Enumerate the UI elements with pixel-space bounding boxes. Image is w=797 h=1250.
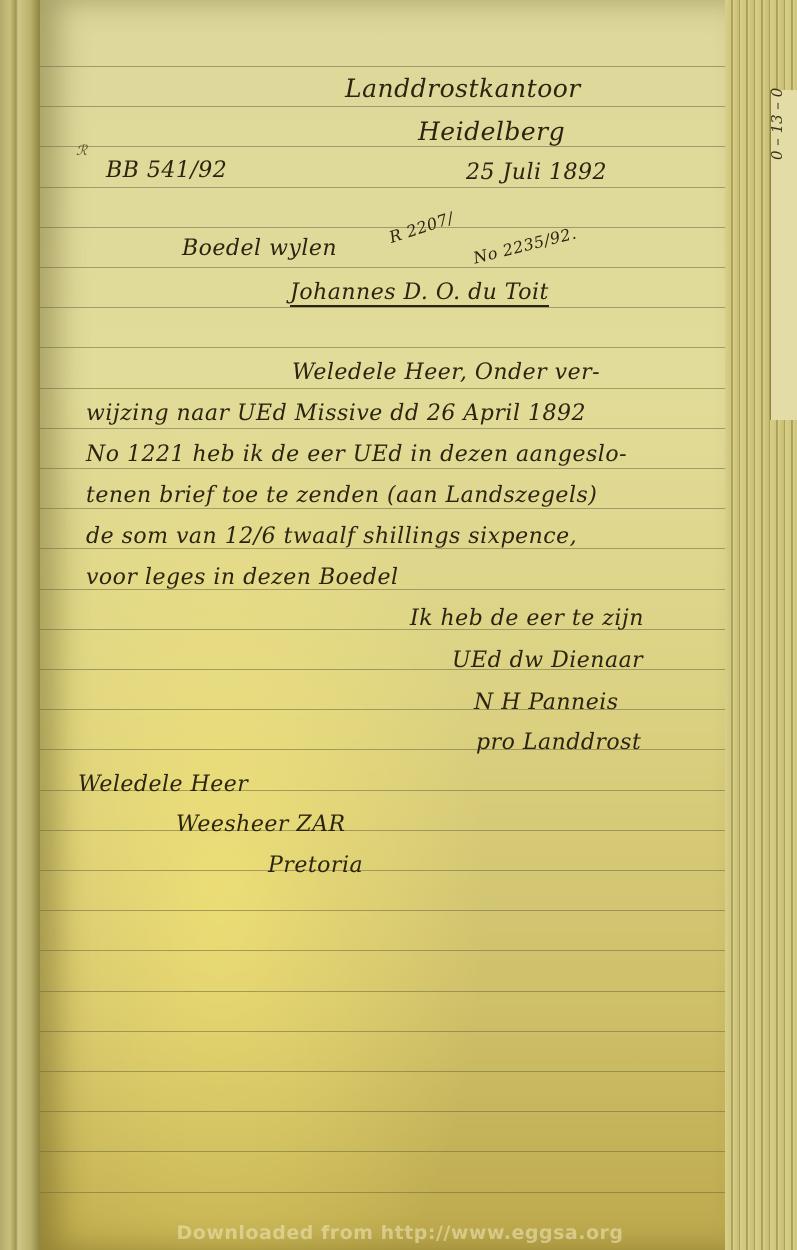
closing-line: Ik heb de eer te zijn	[410, 606, 644, 631]
ruled-line	[40, 1151, 728, 1152]
ruled-line	[40, 428, 728, 429]
closing-servant: UEd dw Dienaar	[452, 648, 643, 673]
subject-prefix: Boedel wylen	[182, 236, 337, 261]
ruled-line	[40, 508, 728, 509]
ruled-line	[40, 267, 728, 268]
ruled-line	[40, 146, 728, 147]
ruled-line	[40, 991, 728, 992]
ruled-line	[40, 66, 728, 67]
edge-note: 0 – 13 – 0	[768, 88, 786, 160]
ruled-line	[40, 870, 728, 871]
ruled-line	[40, 1192, 728, 1193]
ruled-line	[40, 388, 728, 389]
addressee-salutation: Weledele Heer	[78, 772, 248, 797]
ruled-line	[40, 830, 728, 831]
body-line: voor leges in dezen Boedel	[86, 565, 399, 590]
ruled-line	[40, 307, 728, 308]
ruled-line	[40, 187, 728, 188]
ruled-line	[40, 910, 728, 911]
margin-mark: ℛ	[76, 143, 87, 159]
ruled-line	[40, 1111, 728, 1112]
body-salutation: Weledele Heer, Onder ver-	[292, 360, 600, 385]
body-line: wijzing naar UEd Missive dd 26 April 189…	[86, 401, 586, 426]
ruled-line	[40, 1031, 728, 1032]
file-reference: BB 541/92	[106, 158, 227, 183]
ruled-line	[40, 950, 728, 951]
ruled-line	[40, 347, 728, 348]
signature: N H Panneis	[474, 690, 619, 715]
place-heading: Heidelberg	[418, 117, 565, 146]
body-line: No 1221 heb ik de eer UEd in dezen aange…	[86, 442, 627, 467]
office-heading: Landdrostkantoor	[345, 74, 581, 103]
body-line: tenen brief toe te zenden (aan Landszege…	[86, 483, 597, 508]
body-line: de som van 12/6 twaalf shillings sixpenc…	[86, 524, 577, 549]
watermark: Downloaded from http://www.eggsa.org	[130, 1222, 670, 1244]
addressee-city: Pretoria	[268, 853, 363, 878]
ruled-line	[40, 106, 728, 107]
signatory-capacity: pro Landdrost	[476, 730, 641, 755]
addressee-title: Weesheer ZAR	[176, 812, 346, 837]
ruled-line	[40, 468, 728, 469]
letter-date: 25 Juli 1892	[466, 160, 607, 185]
ruled-line	[40, 1071, 728, 1072]
ruled-line	[40, 227, 728, 228]
ruled-line	[40, 709, 728, 710]
deceased-name: Johannes D. O. du Toit	[290, 280, 549, 307]
